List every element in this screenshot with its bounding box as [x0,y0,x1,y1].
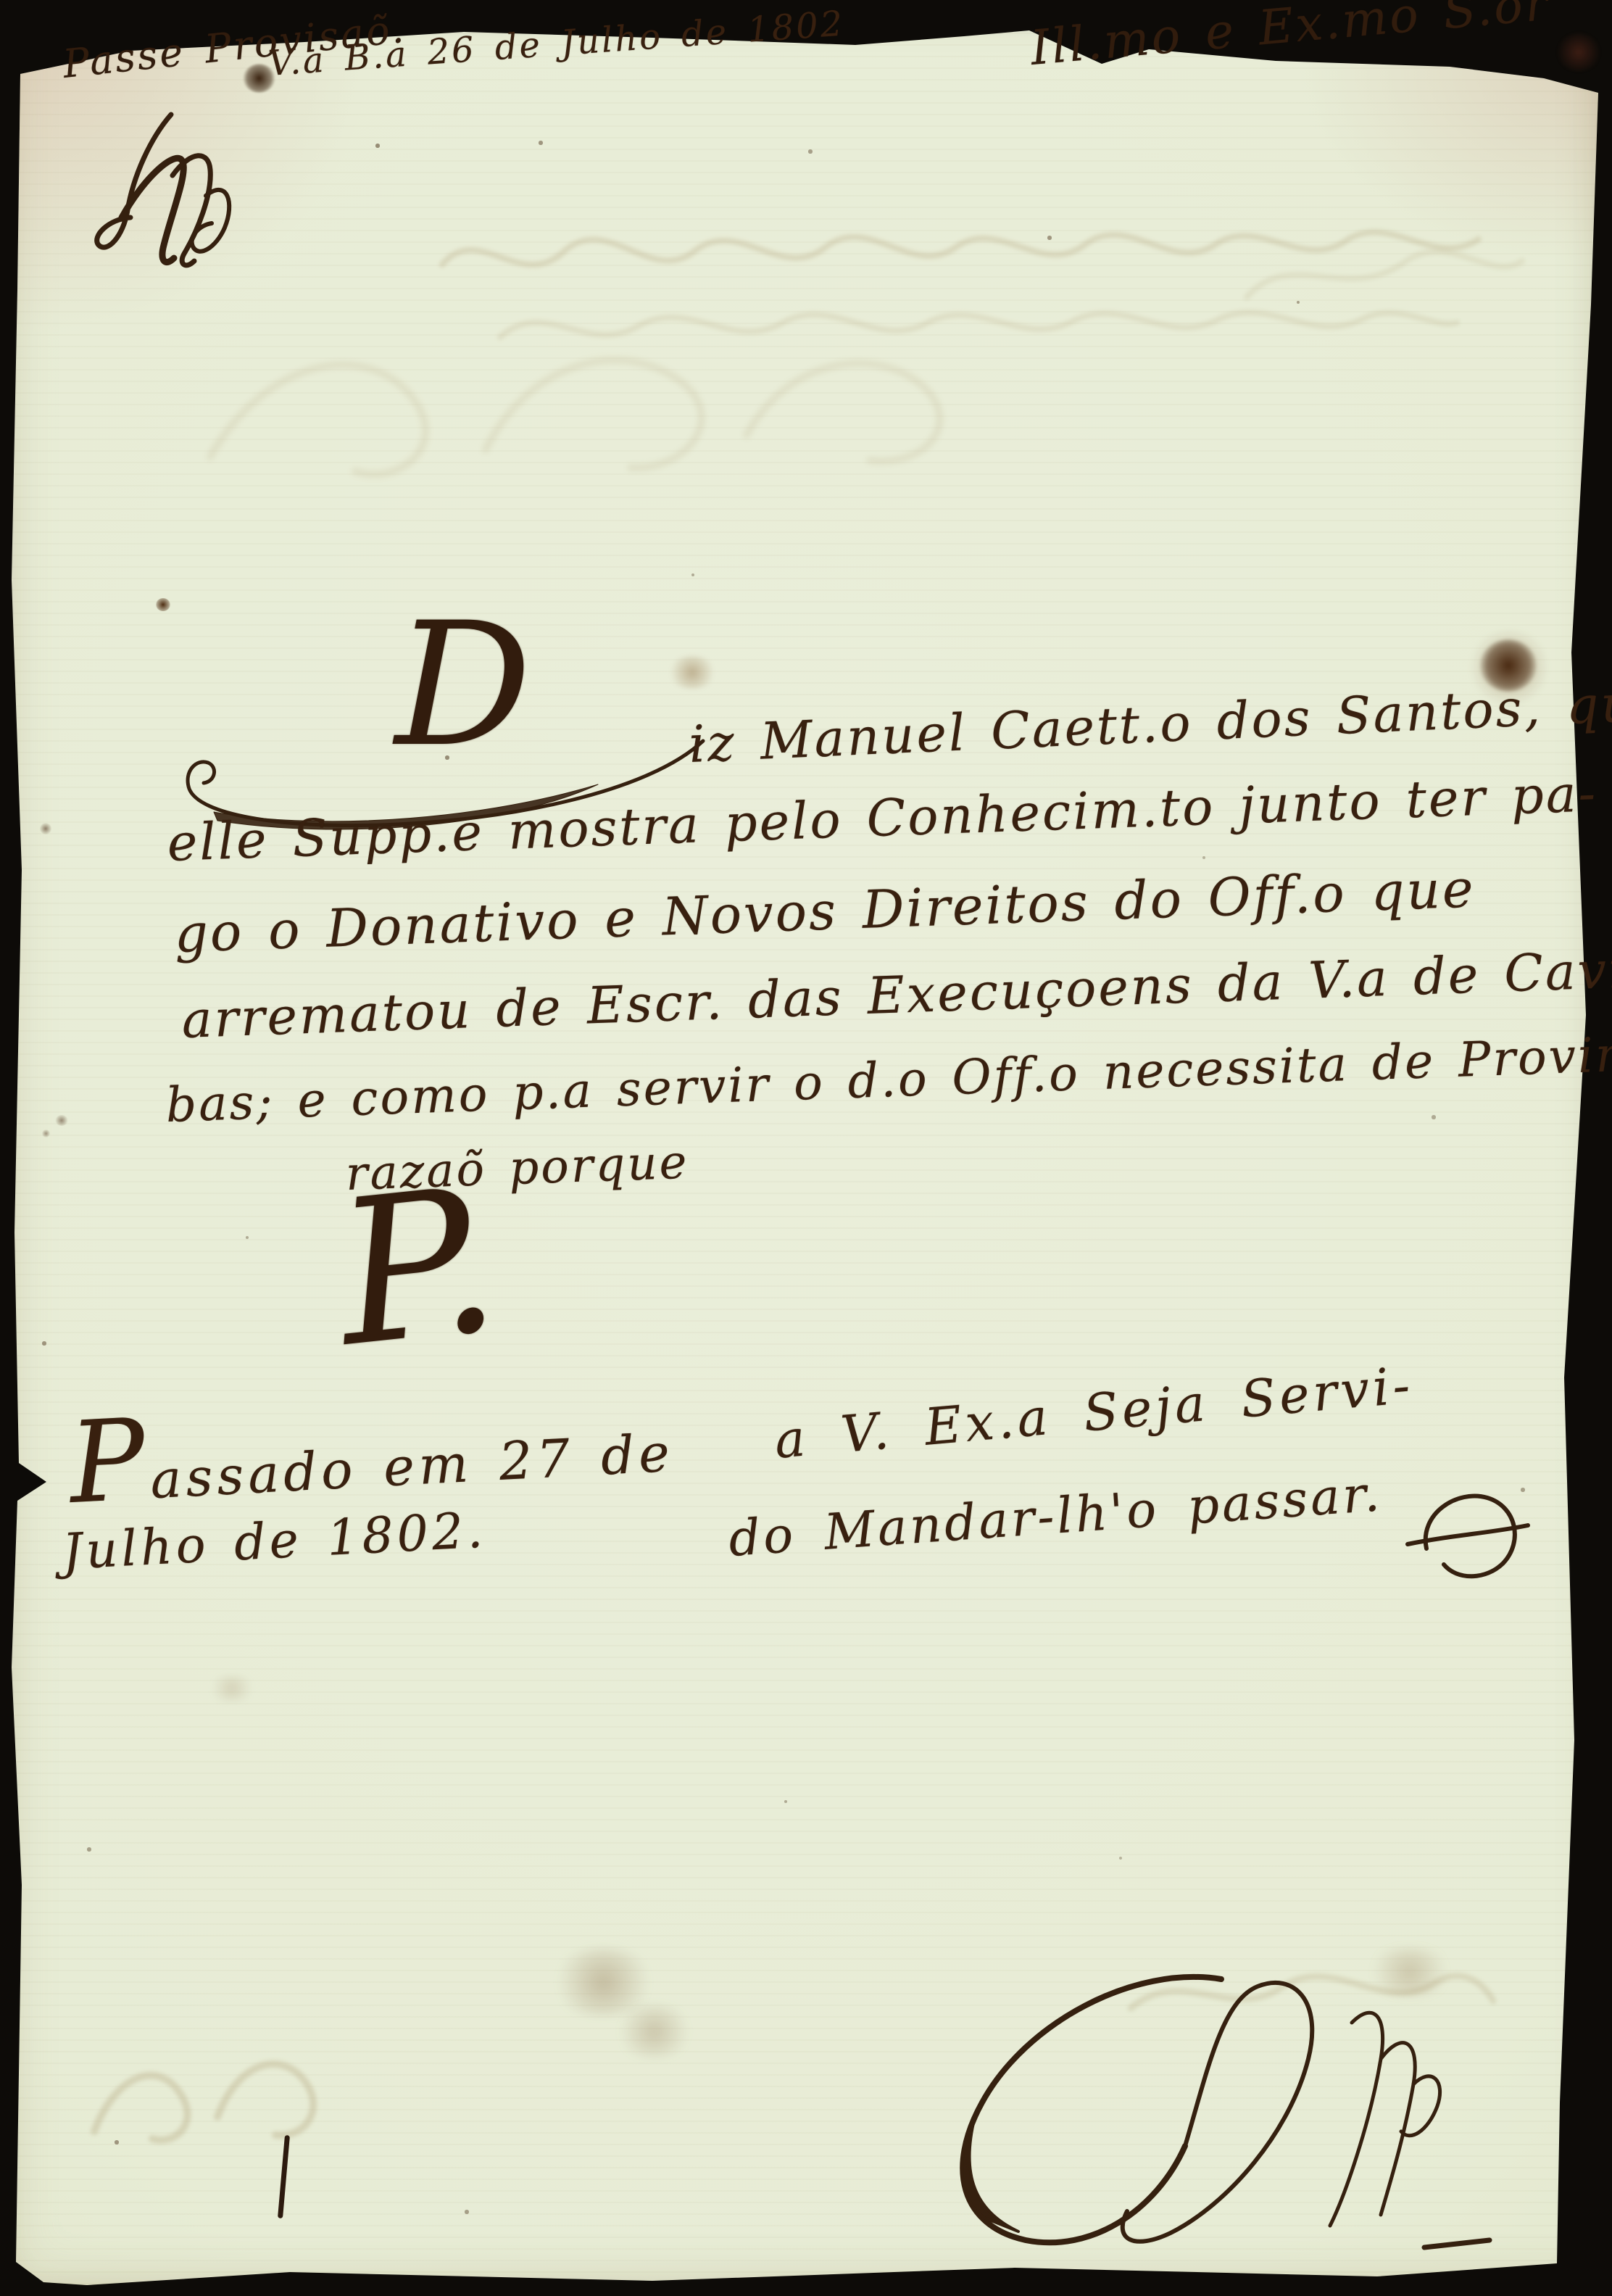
rubric-monogram-flourish [64,109,230,283]
line-end-flourish [1406,1479,1529,1588]
petition-initial-p: P. [331,1180,504,1354]
ink-bleed-through-ghost [1232,217,1537,333]
foxing-stain [42,1130,50,1137]
photographed-manuscript: Passe Provisaõ. V.a B.a 26 de Julho de 1… [0,0,1612,2296]
erm-closing-flourish [917,1957,1547,2262]
foxing-stain [55,1115,68,1126]
foxing-stain [1557,33,1600,71]
ink-bleed-through-ghost [72,2030,377,2160]
foxing-stain [667,656,718,689]
foxing-stain [612,2005,696,2057]
foxing-stain [156,598,170,611]
foxing-stain [207,1676,257,1701]
ink-bleed-through-ghost [181,312,1051,500]
foxing-stain [40,823,51,834]
foxing-stain [547,1949,660,2015]
paper-speckles [0,0,1,1]
